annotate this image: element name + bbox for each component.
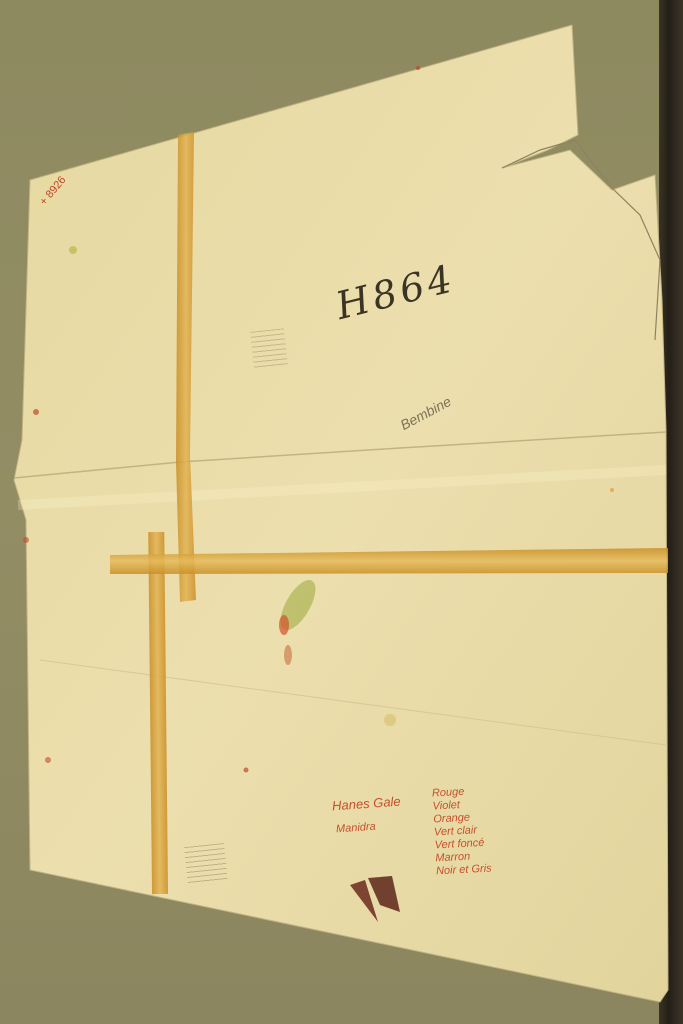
printed-stamp-upper (250, 328, 288, 369)
printed-stamp-lower (184, 843, 228, 887)
paper-sheet (0, 0, 683, 1024)
color-list: Rouge Violet Orange Vert clair Vert fonc… (432, 785, 492, 879)
